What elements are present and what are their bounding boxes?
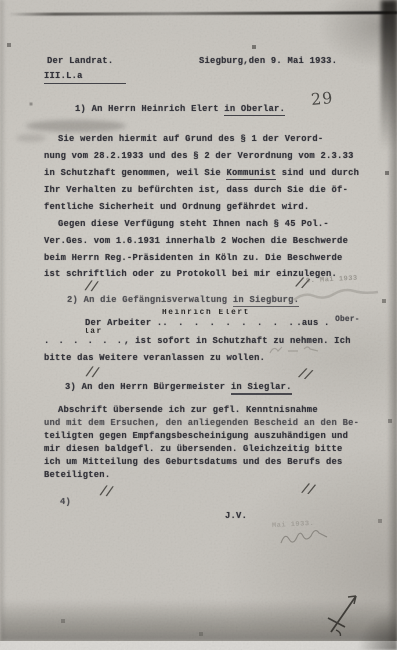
fill-in-name: Heinrich Elert — [162, 309, 250, 318]
pen-slash-mark: // — [100, 484, 114, 499]
faint-date-stamp: Mai 1933. — [272, 520, 315, 530]
body-line: beim Herrn Reg.-Präsidenten in Köln zu. … — [44, 253, 343, 264]
body-line: Abschrift übersende ich zur gefl. Kenntn… — [58, 405, 318, 416]
file-reference: III.L.a — [44, 71, 126, 84]
section2-heading: 2) An die Gefängnisverwaltung in Siegbur… — [67, 295, 299, 306]
pen-slash-mark: // — [298, 367, 314, 383]
body-line: mir diesen baldgefl. zu übersenden. Glei… — [44, 444, 343, 455]
pen-slash-mark: // — [302, 482, 317, 497]
kommunist-underlined: Kommunist — [226, 168, 276, 180]
body-line: Ihr Verhalten zu befürchten ist, dass du… — [44, 185, 348, 196]
dotted-blank: . . . . . . . . . — [162, 318, 296, 328]
pen-slash-mark: // — [85, 279, 99, 294]
section1-heading: 1) An Herrn Heinrich Elert in Oberlar. — [75, 104, 285, 115]
body-line: Beteiligten. — [44, 470, 110, 481]
fill-in-line-2: . . . . . ., ist sofort in Schutzhaft zu… — [44, 336, 351, 347]
fill-in-ober: Ober- — [335, 315, 360, 326]
body-line: und mit dem Ersuchen, den anliegenden Be… — [44, 418, 359, 429]
body-line: bitte das Weitere veranlassen zu wollen. — [44, 353, 265, 364]
signature-scribble — [278, 528, 330, 548]
faded-stamp-smudge — [26, 120, 126, 132]
body-line: fentliche Sicherheit und Ordnung gefährd… — [44, 202, 309, 213]
dateline: Siegburg,den 9. Mai 1933. — [199, 56, 337, 67]
top-scan-edge — [8, 11, 397, 16]
small-smudge — [16, 134, 46, 142]
section3-heading: 3) An den Herrn Bürgermeister in Sieglar… — [65, 382, 292, 393]
left-scan-edge — [0, 0, 6, 650]
fill-in-line-1: Der Arbeiter .. . . . . . . . ..aus . Ob… — [85, 318, 360, 330]
body-line: ich um Mitteilung des Geburtsdatums und … — [44, 457, 343, 468]
sender-line: Der Landrat. — [47, 56, 113, 67]
scanned-document-page: Der Landrat. III.L.a Siegburg,den 9. Mai… — [0, 0, 397, 650]
body-line: Sie werden hiermit auf Grund des § 1 der… — [58, 134, 323, 145]
section2-heading-underlined: in Siegburg. — [233, 295, 299, 307]
section3-heading-underlined: in Sieglar. — [231, 382, 292, 395]
body-line: Ver.Ges. vom 1.6.1931 innerhalb 2 Wochen… — [44, 236, 348, 247]
right-scan-edge — [387, 0, 397, 650]
pen-slash-mark: // — [86, 365, 100, 380]
file-reference-underlined: III.L.a — [44, 71, 126, 84]
section1-heading-underlined: in Oberlar. — [224, 104, 285, 116]
bottom-right-corner-shadow — [327, 580, 397, 650]
body-line: in Schutzhaft genommen, weil Sie Kommuni… — [44, 168, 359, 179]
handwritten-page-number: 29 — [310, 90, 334, 108]
body-line: teiligten gegen Empfangsbescheinigung au… — [44, 431, 348, 442]
faint-date-stamp: 9. Mai 1933 — [306, 275, 358, 286]
closing-initials: J.V. — [225, 511, 247, 522]
dotted-blank: . . . . . . — [44, 336, 124, 346]
section4-label: 4) — [60, 497, 71, 508]
dirt-specks — [0, 0, 2, 2]
body-line: nung vom 28.2.1933 und des § 2 der Veror… — [44, 151, 354, 162]
body-line: Gegen diese Verfügung steht Ihnen nach §… — [58, 219, 329, 230]
